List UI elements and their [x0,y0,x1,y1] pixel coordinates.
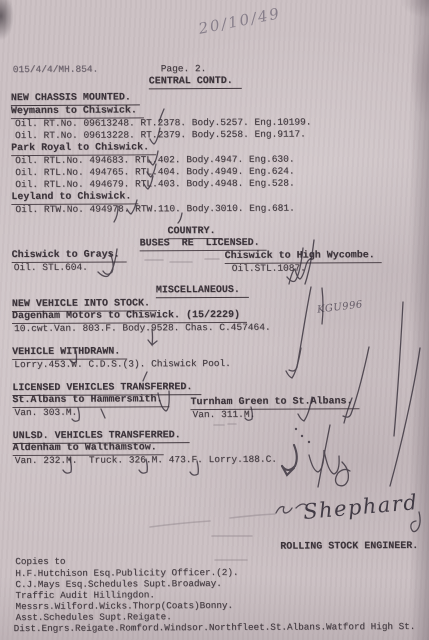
fleet-line: Van. 311.M. [192,410,255,421]
fleet-line: Oil. RTW.No. 494978. RTW.110. Body.3010.… [15,204,294,216]
signatory-title: ROLLING STOCK ENGINEER. [280,541,418,553]
fleet-line: Oil. RT.No. 09613228. RT.2379. Body.5258… [15,130,306,142]
document-reference: 015/4/4/MH.854. [13,65,99,76]
section-heading-miscellaneous: MISCELLANEOUS. [156,285,249,298]
copies-recipient: Dist.Engrs.Reigate.Romford.Windsor.North… [14,622,416,635]
fleet-line: Van. 303.M. [14,408,77,419]
typed-content: 015/4/4/MH.854. Page. 2. CENTRAL CONTD. … [0,0,429,640]
document-page: 20/10/49 KGU996 Shephard 015/4/4/MH.854.… [0,0,429,640]
fleet-line: Oil.STL.1087. [232,264,306,275]
section-heading-new-chassis: NEW CHASSIS MOUNTED. [11,92,140,106]
fleet-line: Oil. STL.604. [14,263,88,274]
fleet-line: Van. 232.M. Truck. 326.M. 473.F. Lorry.1… [15,455,277,467]
copies-heading: Copies to [15,557,65,568]
page-number: Page. 2. [161,64,207,75]
fleet-line: Lorry.453.W. C.D.S.(3). Chiswick Pool. [14,359,231,371]
fleet-line: Oil. RTL.No. 494679. RTL.403. Body.4948.… [15,179,294,191]
subheading-buses-relicensed: BUSES RE LICENSED. [140,238,267,252]
fleet-line: 10.cwt.Van. 803.F. Body.9528. Chas. C.45… [14,323,271,335]
region-heading: CENTRAL CONTD. [149,76,242,89]
